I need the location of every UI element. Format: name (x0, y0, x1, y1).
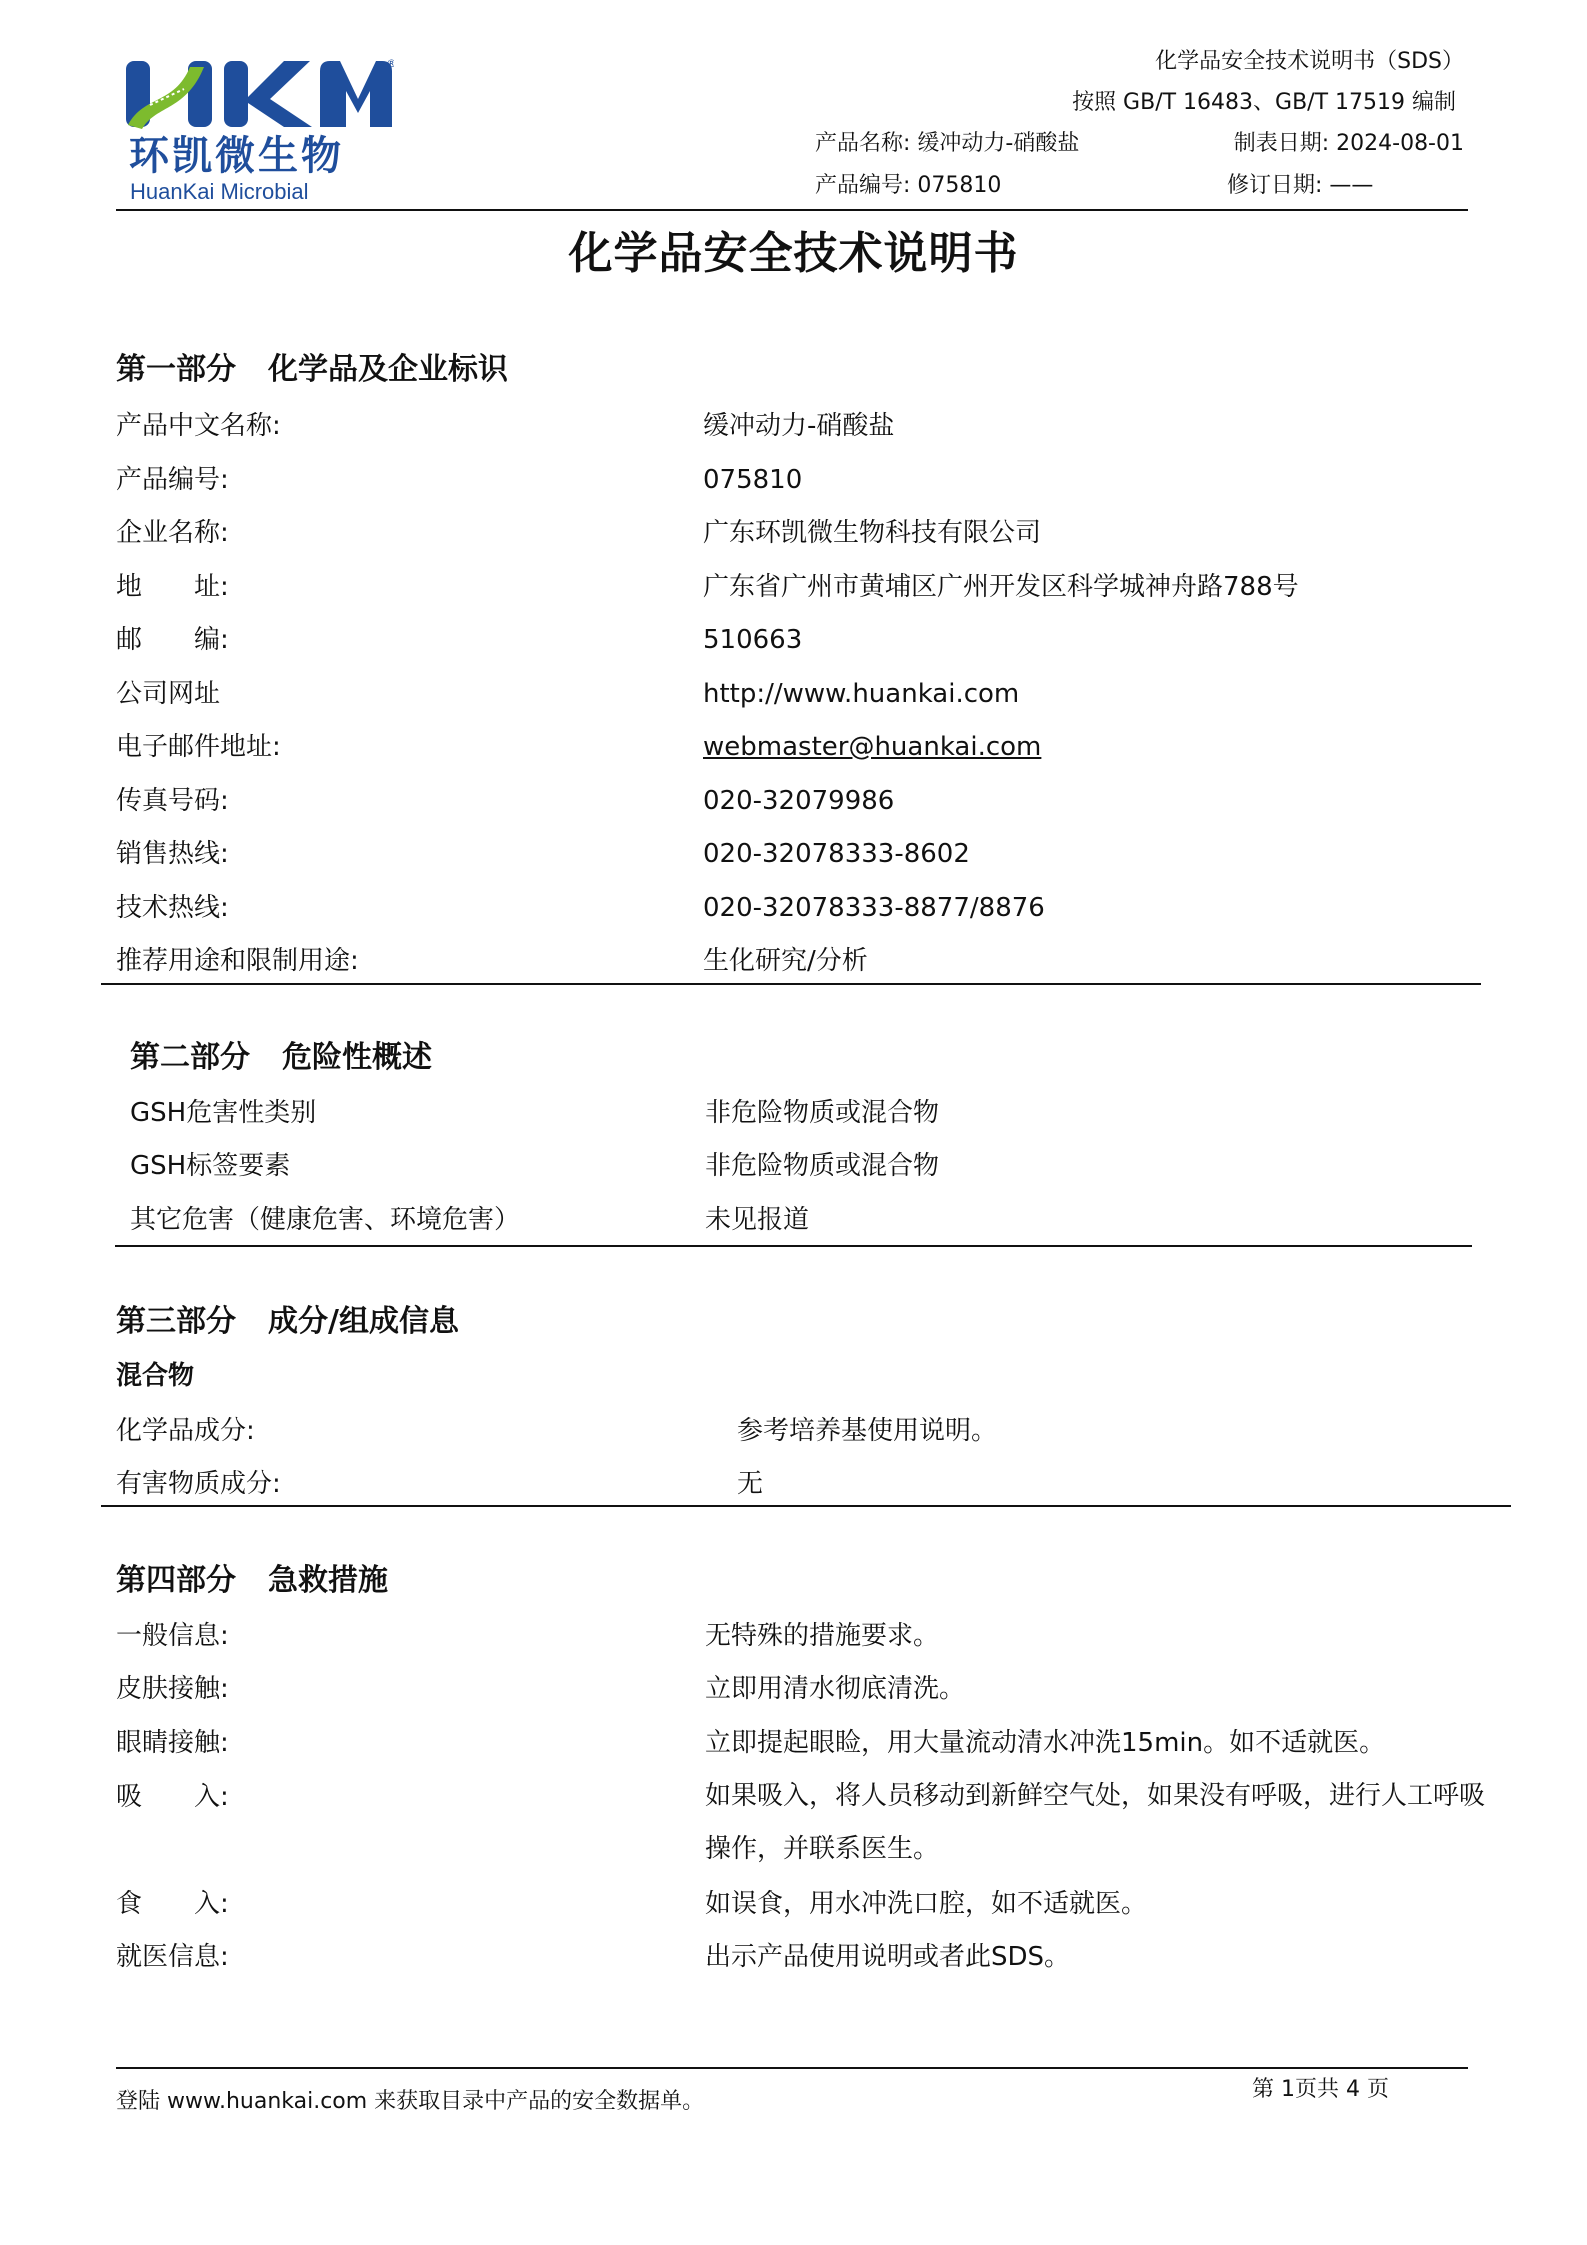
row-value: 非危险物质或混合物 (705, 1148, 939, 1184)
row-value: 缓冲动力-硝酸盐 (703, 408, 894, 444)
logo-chinese-name: 环凯微生物 (129, 133, 344, 179)
product-code-value: 075810 (917, 173, 1001, 198)
row-label: 食 入: (116, 1886, 229, 1922)
row-value: 出示产品使用说明或者此SDS。 (705, 1939, 1070, 1975)
header-made-date: 制表日期: 2024-08-01 (1234, 129, 1464, 159)
row-label: 技术热线: (116, 890, 229, 926)
row-value: 广东省广州市黄埔区广州开发区科学城神舟路788号 (703, 569, 1299, 605)
row-value: 无特殊的措施要求。 (705, 1618, 939, 1654)
product-name-label: 产品名称: (815, 131, 910, 156)
header-revised-date: 修订日期: —— (1227, 171, 1373, 201)
product-code-label: 产品编号: (815, 173, 910, 198)
mixture-subheading: 混合物 (116, 1358, 194, 1394)
row-value: 020-32078333-8877/8876 (703, 890, 1045, 926)
section-1-heading: 第一部分化学品及企业标识 (116, 350, 508, 390)
row-value: 020-32078333-8602 (703, 836, 970, 872)
product-name-value: 缓冲动力-硝酸盐 (917, 131, 1079, 156)
row-label: GSH危害性类别 (130, 1095, 316, 1131)
row-value: 如误食，用水冲洗口腔，如不适就医。 (705, 1886, 1147, 1922)
header-product-name: 产品名称: 缓冲动力-硝酸盐 (815, 129, 1079, 159)
row-value: 立即用清水彻底清洗。 (705, 1671, 965, 1707)
row-label: 地 址: (116, 569, 229, 605)
page-number: 第 1页共 4 页 (1252, 2075, 1389, 2105)
row-label: 化学品成分: (116, 1413, 255, 1449)
email-link[interactable]: webmaster@huankai.com (703, 729, 1041, 765)
section-3-heading: 第三部分成分/组成信息 (116, 1302, 459, 1342)
footer-note: 登陆 www.huankai.com 来获取目录中产品的安全数据单。 (116, 2087, 704, 2117)
website-link[interactable]: http://www.huankai.com (703, 676, 1019, 712)
row-label: 产品中文名称: (116, 408, 281, 444)
row-value: 非危险物质或混合物 (705, 1095, 939, 1131)
row-value: 立即提起眼睑，用大量流动清水冲洗15min。如不适就医。 (705, 1725, 1385, 1761)
logo-english-name: HuanKai Microbial (130, 179, 309, 205)
row-label: 推荐用途和限制用途: (116, 943, 359, 979)
header-product-code: 产品编号: 075810 (815, 171, 1001, 201)
svg-text:®: ® (386, 57, 394, 70)
document-type: 化学品安全技术说明书（SDS） (1155, 47, 1464, 77)
row-label: GSH标签要素 (130, 1148, 290, 1184)
standard-reference: 按照 GB/T 16483、GB/T 17519 编制 (1072, 88, 1456, 118)
section-3-divider (101, 1505, 1511, 1507)
made-date-label: 制表日期: (1234, 131, 1329, 156)
section-1-divider (101, 983, 1481, 985)
row-value: 广东环凯微生物科技有限公司 (703, 515, 1041, 551)
page-title: 化学品安全技术说明书 (0, 224, 1587, 284)
row-value: 020-32079986 (703, 783, 894, 819)
row-label: 传真号码: (116, 783, 229, 819)
row-label: 就医信息: (116, 1939, 229, 1975)
row-value: 无 (737, 1466, 763, 1502)
revised-date-value: —— (1329, 173, 1373, 198)
footer-divider (116, 2067, 1468, 2069)
row-value: 参考培养基使用说明。 (737, 1413, 997, 1449)
row-label: 一般信息: (116, 1618, 229, 1654)
row-label: 其它危害（健康危害、环境危害） (130, 1202, 520, 1238)
section-2-heading: 第二部分危险性概述 (130, 1038, 432, 1078)
row-value: 生化研究/分析 (703, 943, 868, 979)
row-label: 电子邮件地址: (116, 729, 281, 765)
row-value: 如果吸入，将人员移动到新鲜空气处，如果没有呼吸，进行人工呼吸操作，并联系医生。 (705, 1770, 1485, 1876)
row-label: 有害物质成分: (116, 1466, 281, 1502)
section-2-divider (115, 1245, 1472, 1247)
row-label: 销售热线: (116, 836, 229, 872)
revised-date-label: 修订日期: (1227, 173, 1322, 198)
row-label: 企业名称: (116, 515, 229, 551)
row-label: 吸 入: (116, 1779, 229, 1815)
row-label: 邮 编: (116, 622, 229, 658)
row-value: 510663 (703, 622, 802, 658)
row-value: 075810 (703, 462, 802, 498)
company-logo: ® 环凯微生物 HuanKai Microbial (124, 55, 404, 205)
hkm-logo-icon: ® (124, 55, 394, 135)
row-label: 公司网址 (116, 676, 220, 712)
row-label: 皮肤接触: (116, 1671, 229, 1707)
row-label: 眼睛接触: (116, 1725, 229, 1761)
row-label: 产品编号: (116, 462, 229, 498)
made-date-value: 2024-08-01 (1336, 131, 1464, 156)
row-value: 未见报道 (705, 1202, 809, 1238)
section-4-heading: 第四部分急救措施 (116, 1561, 388, 1601)
header-divider (116, 209, 1468, 211)
